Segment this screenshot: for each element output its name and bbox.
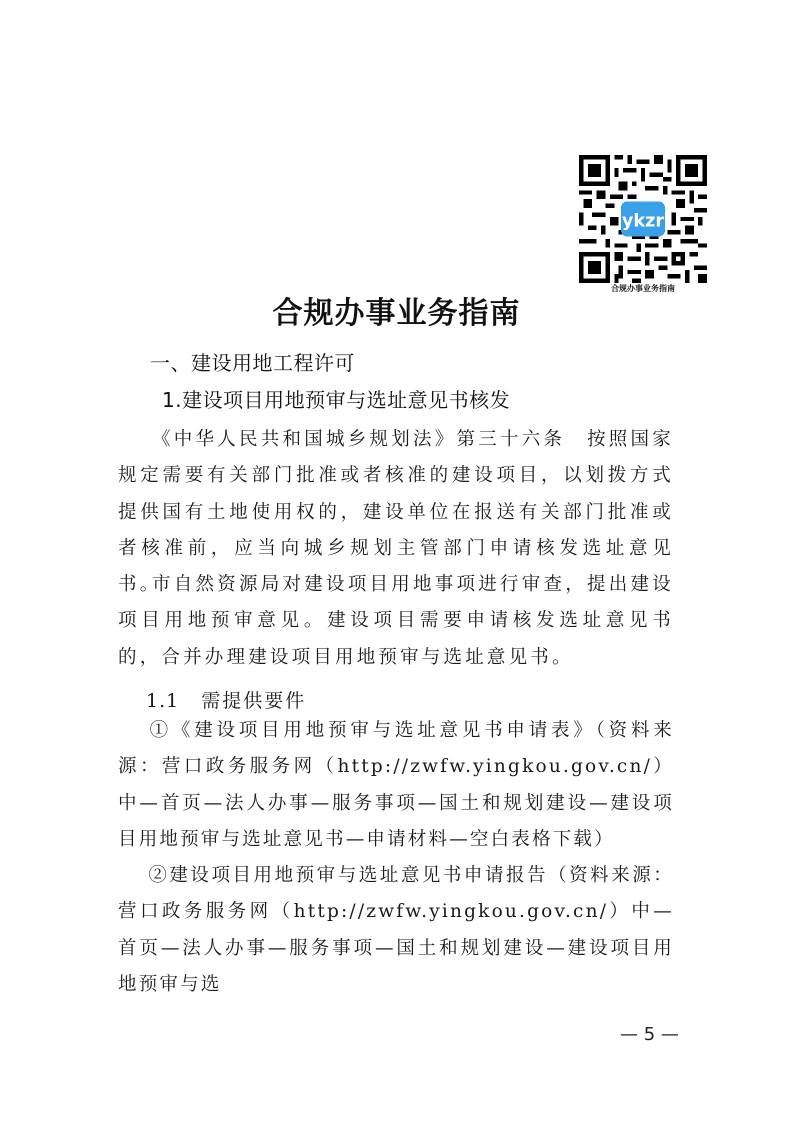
subsection-number: 1.1	[146, 690, 179, 712]
page-title: 合规办事业务指南	[0, 288, 793, 332]
subsection-1-1-heading: 1.1需提供要件	[146, 686, 306, 713]
paragraph-review: 市自然资源局对建设项目用地事项进行审查，提出建设项目用地预审意见。建设项目需要申…	[118, 567, 674, 676]
qr-code-image: ykzr	[579, 155, 707, 283]
page-number: — 5 —	[620, 1024, 679, 1045]
requirement-item-1: ①《建设项目用地预审与选址意见书申请表》（资料来源：营口政务服务网（http:/…	[118, 713, 674, 858]
requirement-item-2: ②建设项目用地预审与选址意见书申请报告（资料来源：营口政务服务网（http://…	[118, 858, 674, 1003]
svg-text:ykzr: ykzr	[622, 212, 664, 232]
subsection-label: 需提供要件	[201, 690, 306, 712]
subsection-heading: 1.建设项目用地预审与选址意见书核发	[162, 384, 510, 413]
section-heading: 一、建设用地工程许可	[150, 347, 355, 376]
